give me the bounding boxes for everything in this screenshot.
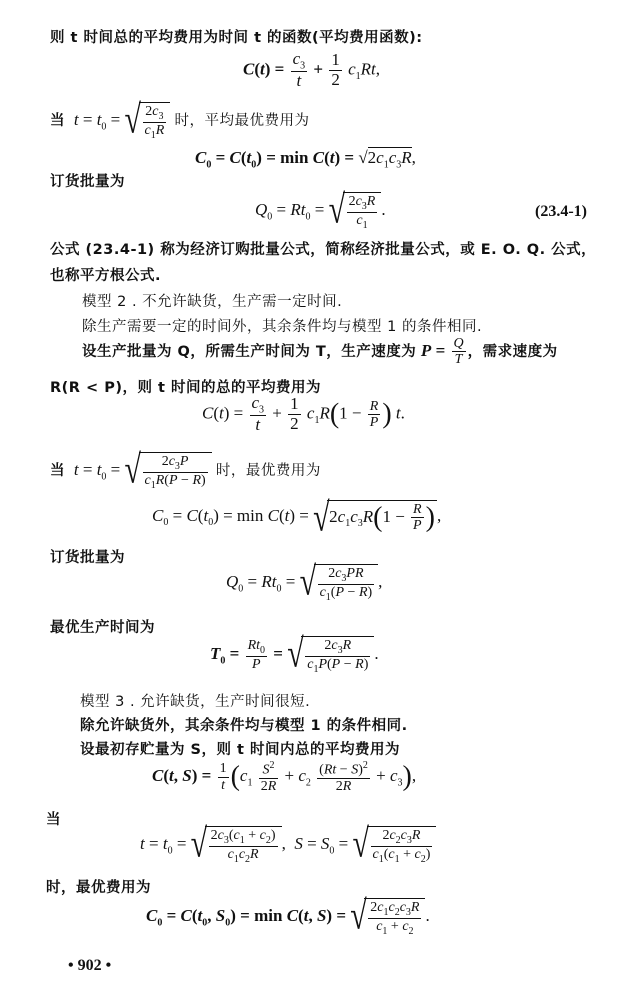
equation-min-cost-model1: C0 = C(t0) = min C(t) = √2c1c3R, — [195, 148, 416, 170]
equation-cost-function-model2: C(t) = c3t + 12 c1R(1 − RP) t. — [202, 394, 405, 435]
text-order-quantity-2: 订货批量为 — [50, 546, 125, 567]
page-number: • 902 • — [68, 957, 111, 975]
equation-eoq: Q0 = Rt0 = √2c3Rc1. — [255, 192, 386, 231]
text-line-when-t0: 当 t = t0 = √2c3c1R 时，平均最优费用为 — [50, 102, 310, 141]
equation-production-rate: P = QT — [421, 341, 468, 360]
equation-optimal-production-time: T0 = Rt0P = √2c3Rc1P(P − R). — [210, 636, 379, 675]
text-model3-conditions: 除允许缺货外，其余条件均与模型 1 的条件相同. — [80, 714, 408, 735]
text-line-when-t0-model2: 当 t = t0 = √2c3Pc1R(P − R) 时，最优费用为 — [50, 452, 321, 491]
text-optimal-production-time: 最优生产时间为 — [50, 616, 155, 637]
equation-t0-model1: t = t0 = √2c3c1R — [70, 110, 175, 129]
text-order-quantity-1: 订货批量为 — [50, 170, 125, 191]
text-eoq-definition: 公式 (23.4-1) 称为经济订购批量公式，简称经济批量公式，或 E. O. … — [50, 238, 596, 259]
heading-model-3: 模型 3 . 允许缺货，生产时间很短. — [80, 690, 310, 711]
equation-number: (23.4-1) — [535, 203, 587, 221]
text-model2-setup: 设生产批量为 Q，所需生产时间为 T，生产速度为 P = QT，需求速度为 — [82, 336, 558, 368]
text-line-avg-cost-function: 则 t 时间总的平均费用为时间 t 的函数(平均费用函数): — [50, 26, 423, 47]
equation-min-cost-model2: C0 = C(t0) = min C(t) = √2c1c3R(1 − RP), — [152, 500, 441, 534]
text-when-model3: 当 — [46, 808, 61, 829]
equation-t0-s0-model3: t = t0 = √2c3(c1 + c2)c1c2R, S = S0 = √2… — [140, 826, 436, 865]
equation-order-quantity-model2: Q0 = Rt0 = √2c3PRc1(P − R), — [226, 564, 382, 603]
equation-min-cost-model3: C0 = C(t0, S0) = min C(t, S) = √2c1c2c3R… — [146, 898, 430, 937]
text-model3-setup: 设最初存贮量为 S，则 t 时间内总的平均费用为 — [80, 738, 400, 759]
text-optimal-cost-model3: 时，最优费用为 — [46, 876, 151, 897]
text-model2-conditions: 除生产需要一定的时间外，其余条件均与模型 1 的条件相同. — [82, 315, 482, 336]
heading-model-2: 模型 2 . 不允许缺货，生产需一定时间. — [82, 290, 342, 311]
equation-t0-model2: t = t0 = √2c3Pc1R(P − R) — [70, 460, 216, 479]
equation-cost-function-model3: C(t, S) = 1t(c1 S22R + c2 (Rt − S)22R + … — [152, 760, 416, 794]
equation-cost-function-model1: C(t) = c3t + 12 c1Rt, — [243, 50, 380, 91]
text-square-root-formula: 也称平方根公式. — [50, 264, 161, 285]
